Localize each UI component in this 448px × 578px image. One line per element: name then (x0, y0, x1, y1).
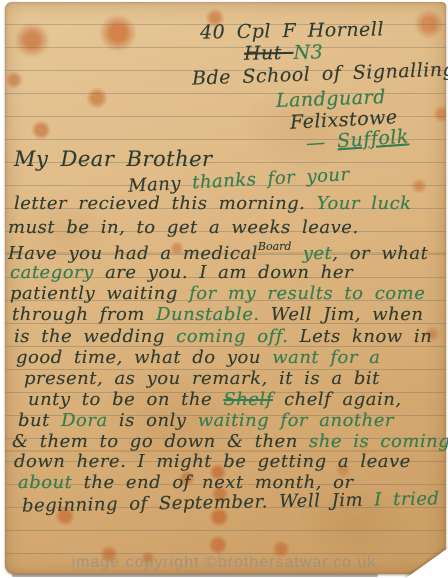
body-line-2: letter recieved this morning. Your luck (14, 193, 412, 214)
body-line-4: Have you had a medicalBoard yet, or what (8, 240, 428, 264)
handwriting-segment: , or what (332, 243, 428, 264)
handwriting-segment: 40 Cpl F Hornell (200, 18, 384, 43)
handwriting-segment: present, as you remark, it is a bit (24, 368, 380, 389)
handwriting-segment: yet (291, 243, 332, 264)
handwriting-segment: unty to be on the (28, 389, 223, 410)
handwriting-segment: but (18, 410, 61, 431)
handwriting-segment: beginning of September. (22, 491, 279, 516)
body-line-13: & them to go down & then she is coming (12, 431, 448, 452)
handwriting-segment: Board (258, 240, 292, 253)
handwriting-segment: Shelf (223, 389, 273, 410)
address-line-unit: 40 Cpl F Hornell (200, 18, 384, 43)
handwriting-segment: Hut (244, 42, 294, 65)
handwriting-segment: Well Jim, when (271, 304, 424, 325)
handwriting-segment: about (18, 472, 84, 493)
handwriting-segment: patiently waiting (10, 283, 189, 304)
handwriting-segment: must be in, to get a weeks leave. (8, 217, 359, 238)
handwriting-segment: is only (119, 410, 198, 431)
body-line-9: good time, what do you want for a (16, 347, 380, 368)
address-line-hut: Hut N3 (244, 41, 324, 64)
body-line-10: present, as you remark, it is a bit (24, 368, 380, 389)
handwriting-segment: Well Jim (279, 489, 375, 512)
handwriting-segment: N3 (293, 41, 323, 64)
body-line-5: category are you. I am down her (10, 262, 353, 283)
handwriting-segment: Bde School of Signalling (192, 58, 448, 89)
handwriting-segment: coming off. (176, 326, 300, 347)
handwriting-segment: good time, what do you (16, 347, 272, 368)
salutation: My Dear Brother (14, 147, 213, 171)
handwriting-segment: & them to go down & then (12, 431, 309, 452)
handwriting-segment: Your luck (317, 193, 412, 214)
handwriting-segment: down here. I might be getting a leave (14, 451, 411, 472)
handwriting-segment: Lets know in (300, 326, 433, 347)
handwriting-segment: Dunstable. (156, 304, 271, 325)
letter-scan: 40 Cpl F HornellHut N3Bde School of Sign… (0, 0, 448, 578)
handwriting-segment: Suffolk (336, 125, 409, 152)
handwriting-segment: are you. I am down her (105, 262, 353, 283)
handwriting-segment: want for a (272, 347, 380, 368)
handwriting-segment: I tried (374, 488, 439, 510)
handwriting-segment: category (10, 262, 105, 283)
handwriting-segment: chelf again, (273, 389, 402, 410)
address-line-school: Bde School of Signalling (192, 58, 448, 89)
handwriting-layer: 40 Cpl F HornellHut N3Bde School of Sign… (0, 0, 448, 578)
body-line-8: is the wedding coming off. Lets know in (14, 326, 432, 347)
paper-bottom-edge (12, 574, 378, 577)
body-line-7: through from Dunstable. Well Jim, when (12, 304, 423, 325)
handwriting-segment: My Dear Brother (14, 147, 213, 171)
body-line-14: down here. I might be getting a leave (14, 451, 411, 472)
body-line-6: patiently waiting for my results to come (10, 283, 425, 304)
handwriting-segment: thanks for your (192, 164, 350, 193)
body-line-3: must be in, to get a weeks leave. (8, 217, 359, 238)
body-line-11: unty to be on the Shelf chelf again, (28, 389, 402, 410)
handwriting-segment: she is coming (309, 431, 448, 452)
handwriting-segment: — (305, 130, 338, 154)
handwriting-segment: Dora (61, 410, 119, 431)
handwriting-segment: Have you had a medical (8, 243, 258, 264)
body-line-12: but Dora is only waiting for another (18, 410, 394, 431)
copyright-watermark: image copyright ©brothersatwar.co.uk (0, 554, 448, 572)
handwriting-segment: is the wedding (14, 326, 176, 347)
handwriting-segment: letter recieved this morning. (14, 193, 317, 214)
handwriting-segment: through from (12, 304, 156, 325)
handwriting-segment: for my results to come (189, 283, 425, 304)
handwriting-segment: waiting for another (198, 410, 394, 431)
